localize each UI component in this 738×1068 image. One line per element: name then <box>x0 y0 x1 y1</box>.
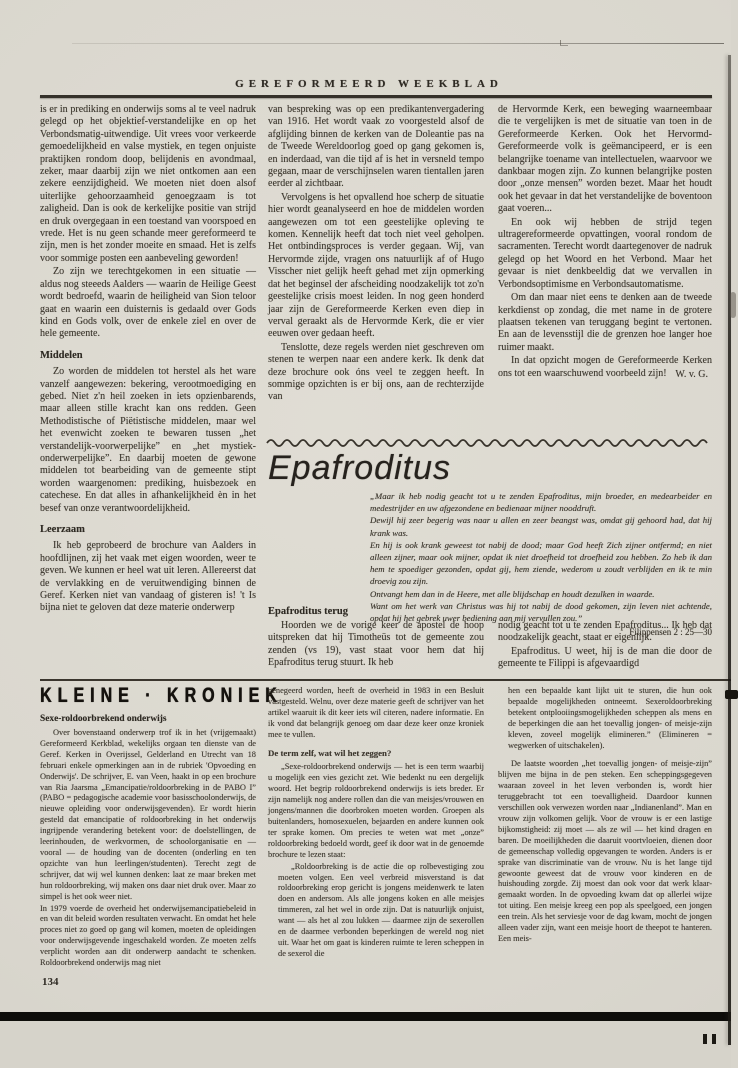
scan-crease-mark <box>560 40 568 46</box>
paragraph: En ook wij hebben de strijd tegen ultrag… <box>498 217 712 291</box>
scan-crease-line <box>72 43 724 44</box>
article-title-epafroditus: Epafroditus <box>268 449 451 488</box>
scripture-verse: Dewijl hij zeer begerig was naar u allen… <box>370 514 712 538</box>
paragraph: Epafroditus. U weet, hij is de man die d… <box>498 646 712 671</box>
scan-ink-mark <box>712 1034 716 1044</box>
paragraph: Ik heb geprobeerd de brochure van Aalder… <box>40 540 256 614</box>
section-divider-rule <box>40 679 734 681</box>
scanned-newspaper-page: GEREFORMEERD WEEKBLAD is er in prediking… <box>0 0 738 1068</box>
kroniek-column-right: hen een bepaalde kant lijkt uit te sture… <box>498 686 712 946</box>
subheading-sexe-roldoorbrekend: Sexe-roldoorbrekend onderwijs <box>40 714 166 724</box>
masthead-title: GEREFORMEERD WEEKBLAD <box>0 78 738 90</box>
article-column-left: is er in prediking en onderwijs soms al … <box>40 104 256 616</box>
paragraph: Hoorden we de vorige keer de apostel de … <box>268 620 484 670</box>
paragraph: Over bovenstaand onderwerp trof ik in he… <box>40 728 256 903</box>
scan-ink-mark <box>703 1034 707 1044</box>
paragraph: Om dan maar niet eens te denken aan de t… <box>498 292 712 354</box>
subheading-de-term-zelf: De term zelf, wat wil het zeggen? <box>268 748 484 759</box>
blockquote-paragraph: „Roldoorbreking is de actie die op rolbe… <box>278 862 484 960</box>
kroniek-column-left: Over bovenstaand onderwerp trof ik in he… <box>40 728 256 970</box>
masthead-rule <box>40 95 712 98</box>
subheading-epafroditus-terug: Epafroditus terug <box>268 606 348 617</box>
paragraph: De laatste woorden „het toevallig jongen… <box>498 759 712 944</box>
section-heading-leerzaam: Leerzaam <box>40 524 256 536</box>
scripture-verse: En hij is ook krank geweest tot nabij de… <box>370 539 712 588</box>
epafroditus-column-left: Hoorden we de vorige keer de apostel de … <box>268 620 484 671</box>
paragraph: In 1979 voerde de overheid het onderwijs… <box>40 904 256 969</box>
paragraph: de Hervormde Kerk, een beweging waarneem… <box>498 104 712 216</box>
scripture-verse: Ontvangt hem dan in de Heere, met alle b… <box>370 588 712 600</box>
paragraph: Zo zijn we terechtgekomen in een situati… <box>40 266 256 340</box>
kroniek-column-middle: genegeerd worden, heeft de overheid in 1… <box>268 686 484 961</box>
wavy-divider <box>266 437 714 447</box>
title-separator-dot: · <box>145 685 156 707</box>
paragraph: genegeerd worden, heeft de overheid in 1… <box>268 686 484 741</box>
article-column-right: de Hervormde Kerk, een beweging waarneem… <box>498 104 712 381</box>
section-heading-middelen: Middelen <box>40 350 256 362</box>
paragraph: Tenslotte, deze regels werden niet gesch… <box>268 342 484 404</box>
scripture-verse: „Maar ik heb nodig geacht tot u te zende… <box>370 490 712 514</box>
page-number: 134 <box>42 976 59 988</box>
scan-page-edge-line <box>728 55 731 1045</box>
article-column-middle: van bespreking was op een predikantenver… <box>268 104 484 405</box>
paragraph: van bespreking was op een predikantenver… <box>268 104 484 191</box>
section-title-kleine-kroniek: KLEINE · KRONIEK <box>40 685 283 708</box>
blockquote-paragraph: hen een bepaalde kant lijkt uit te sture… <box>508 686 712 751</box>
scan-smudge-mark <box>730 292 736 318</box>
paragraph: nodig geacht tot u te zenden Epafroditus… <box>498 620 712 645</box>
scan-ink-blot <box>725 690 738 699</box>
paragraph: „Sexe-roldoorbrekend onderwijs — het is … <box>268 762 484 860</box>
epafroditus-column-right: nodig geacht tot u te zenden Epafroditus… <box>498 620 712 672</box>
scripture-quote: „Maar ik heb nodig geacht tot u te zende… <box>370 490 712 638</box>
scan-background-strip <box>0 1021 738 1068</box>
title-word: KLEINE <box>40 685 135 707</box>
paragraph: Vervolgens is het opvallend hoe scherp d… <box>268 192 484 341</box>
paragraph: is er in prediking en onderwijs soms al … <box>40 104 256 265</box>
scan-right-margin <box>731 0 738 1068</box>
paragraph: Zo worden de middelen tot herstel als he… <box>40 366 256 515</box>
title-word: KRONIEK <box>167 685 283 707</box>
scan-bottom-edge-bar <box>0 1012 733 1021</box>
